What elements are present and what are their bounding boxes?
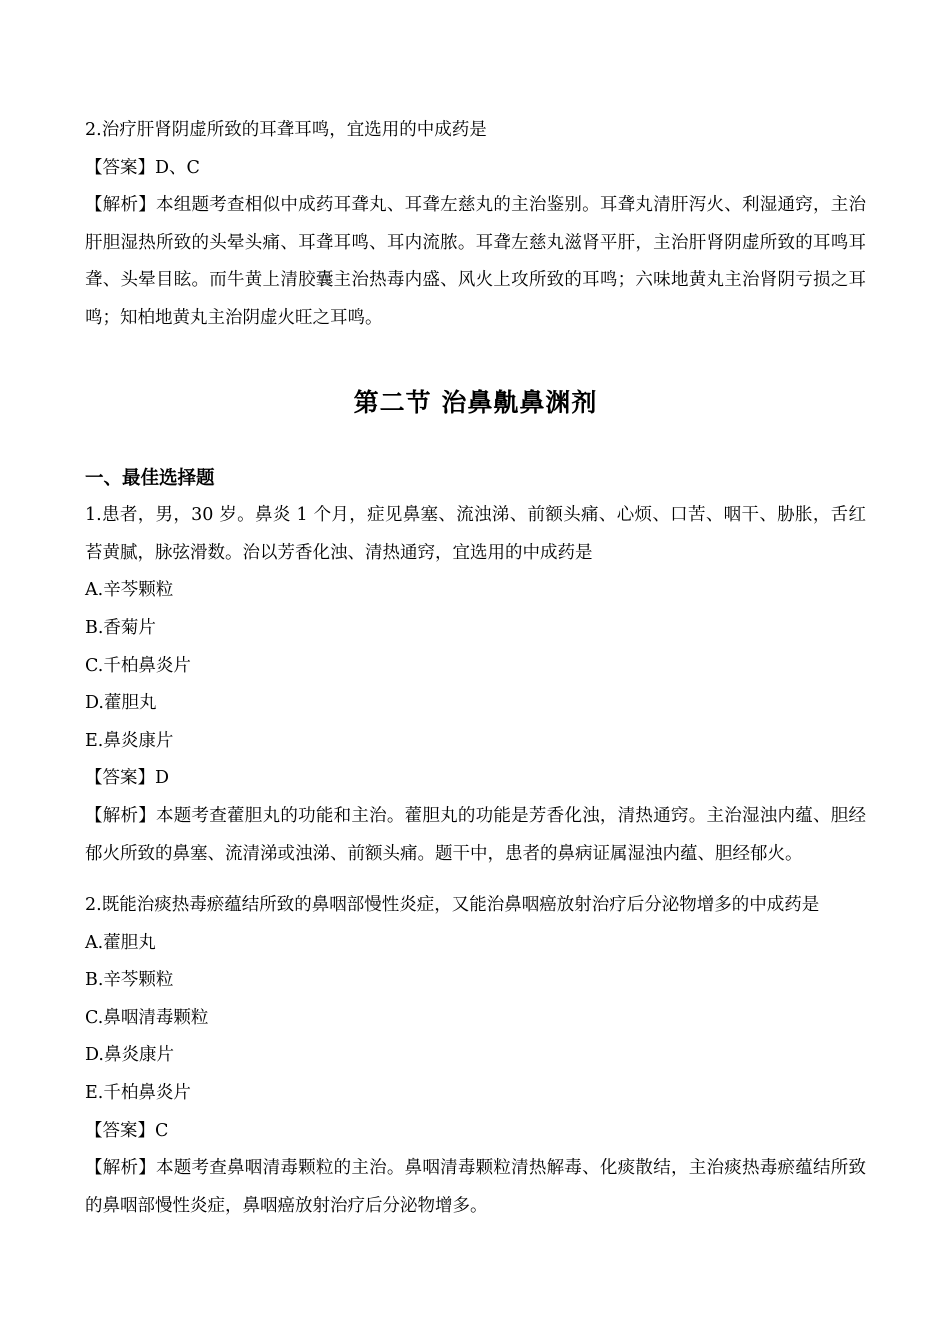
answer-line: 【答案】C	[85, 1113, 866, 1151]
answer-value: D、C	[155, 158, 200, 178]
answer-line: 【答案】D	[85, 760, 866, 798]
answer-label: 【答案】	[85, 158, 155, 178]
subsection-heading: 一、最佳选择题	[85, 460, 866, 498]
analysis-text: 本组题考查相似中成药耳聋丸、耳聋左慈丸的主治鉴别。耳聋丸清肝泻火、利湿通窍，主治…	[85, 195, 866, 328]
answer-label: 【答案】	[85, 768, 155, 788]
analysis-line: 【解析】本组题考查相似中成药耳聋丸、耳聋左慈丸的主治鉴别。耳聋丸清肝泻火、利湿通…	[85, 187, 866, 337]
option-item-d: D.鼻炎康片	[85, 1037, 866, 1075]
analysis-label: 【解析】	[85, 806, 156, 826]
option-item-b: B.辛芩颗粒	[85, 962, 866, 1000]
question-stem: 1.患者，男，30 岁。鼻炎 1 个月，症见鼻塞、流浊涕、前额头痛、心烦、口苦、…	[85, 497, 866, 572]
answer-line: 【答案】D、C	[85, 150, 866, 188]
option-item-b: B.香菊片	[85, 610, 866, 648]
document-page: 2.治疗肝肾阴虚所致的耳聋耳鸣，宜选用的中成药是 【答案】D、C 【解析】本组题…	[0, 0, 950, 1344]
question-block: 1.患者，男，30 岁。鼻炎 1 个月，症见鼻塞、流浊涕、前额头痛、心烦、口苦、…	[85, 497, 866, 873]
option-item-a: A.辛芩颗粒	[85, 572, 866, 610]
analysis-text: 本题考查鼻咽清毒颗粒的主治。鼻咽清毒颗粒清热解毒、化痰散结，主治痰热毒瘀蕴结所致…	[85, 1158, 866, 1216]
answer-value: D	[155, 768, 169, 788]
question-stem: 2.治疗肝肾阴虚所致的耳聋耳鸣，宜选用的中成药是	[85, 112, 866, 150]
analysis-label: 【解析】	[85, 195, 156, 215]
answer-value: C	[155, 1121, 168, 1141]
analysis-label: 【解析】	[85, 1158, 156, 1178]
analysis-line: 【解析】本题考查藿胆丸的功能和主治。藿胆丸的功能是芳香化浊，清热通窍。主治湿浊内…	[85, 798, 866, 873]
option-item-e: E.鼻炎康片	[85, 723, 866, 761]
option-item-a: A.藿胆丸	[85, 925, 866, 963]
analysis-text: 本题考查藿胆丸的功能和主治。藿胆丸的功能是芳香化浊，清热通窍。主治湿浊内蕴、胆经…	[85, 806, 866, 864]
section-title: 第二节 治鼻鼽鼻渊剂	[85, 382, 866, 424]
option-item-c: C.鼻咽清毒颗粒	[85, 1000, 866, 1038]
question-stem: 2.既能治痰热毒瘀蕴结所致的鼻咽部慢性炎症，又能治鼻咽癌放射治疗后分泌物增多的中…	[85, 887, 866, 925]
answer-label: 【答案】	[85, 1121, 155, 1141]
prev-section-block: 2.治疗肝肾阴虚所致的耳聋耳鸣，宜选用的中成药是 【答案】D、C 【解析】本组题…	[85, 112, 866, 338]
option-item-d: D.藿胆丸	[85, 685, 866, 723]
analysis-line: 【解析】本题考查鼻咽清毒颗粒的主治。鼻咽清毒颗粒清热解毒、化痰散结，主治痰热毒瘀…	[85, 1150, 866, 1225]
option-item-e: E.千柏鼻炎片	[85, 1075, 866, 1113]
question-block: 2.既能治痰热毒瘀蕴结所致的鼻咽部慢性炎症，又能治鼻咽癌放射治疗后分泌物增多的中…	[85, 887, 866, 1225]
option-item-c: C.千柏鼻炎片	[85, 648, 866, 686]
